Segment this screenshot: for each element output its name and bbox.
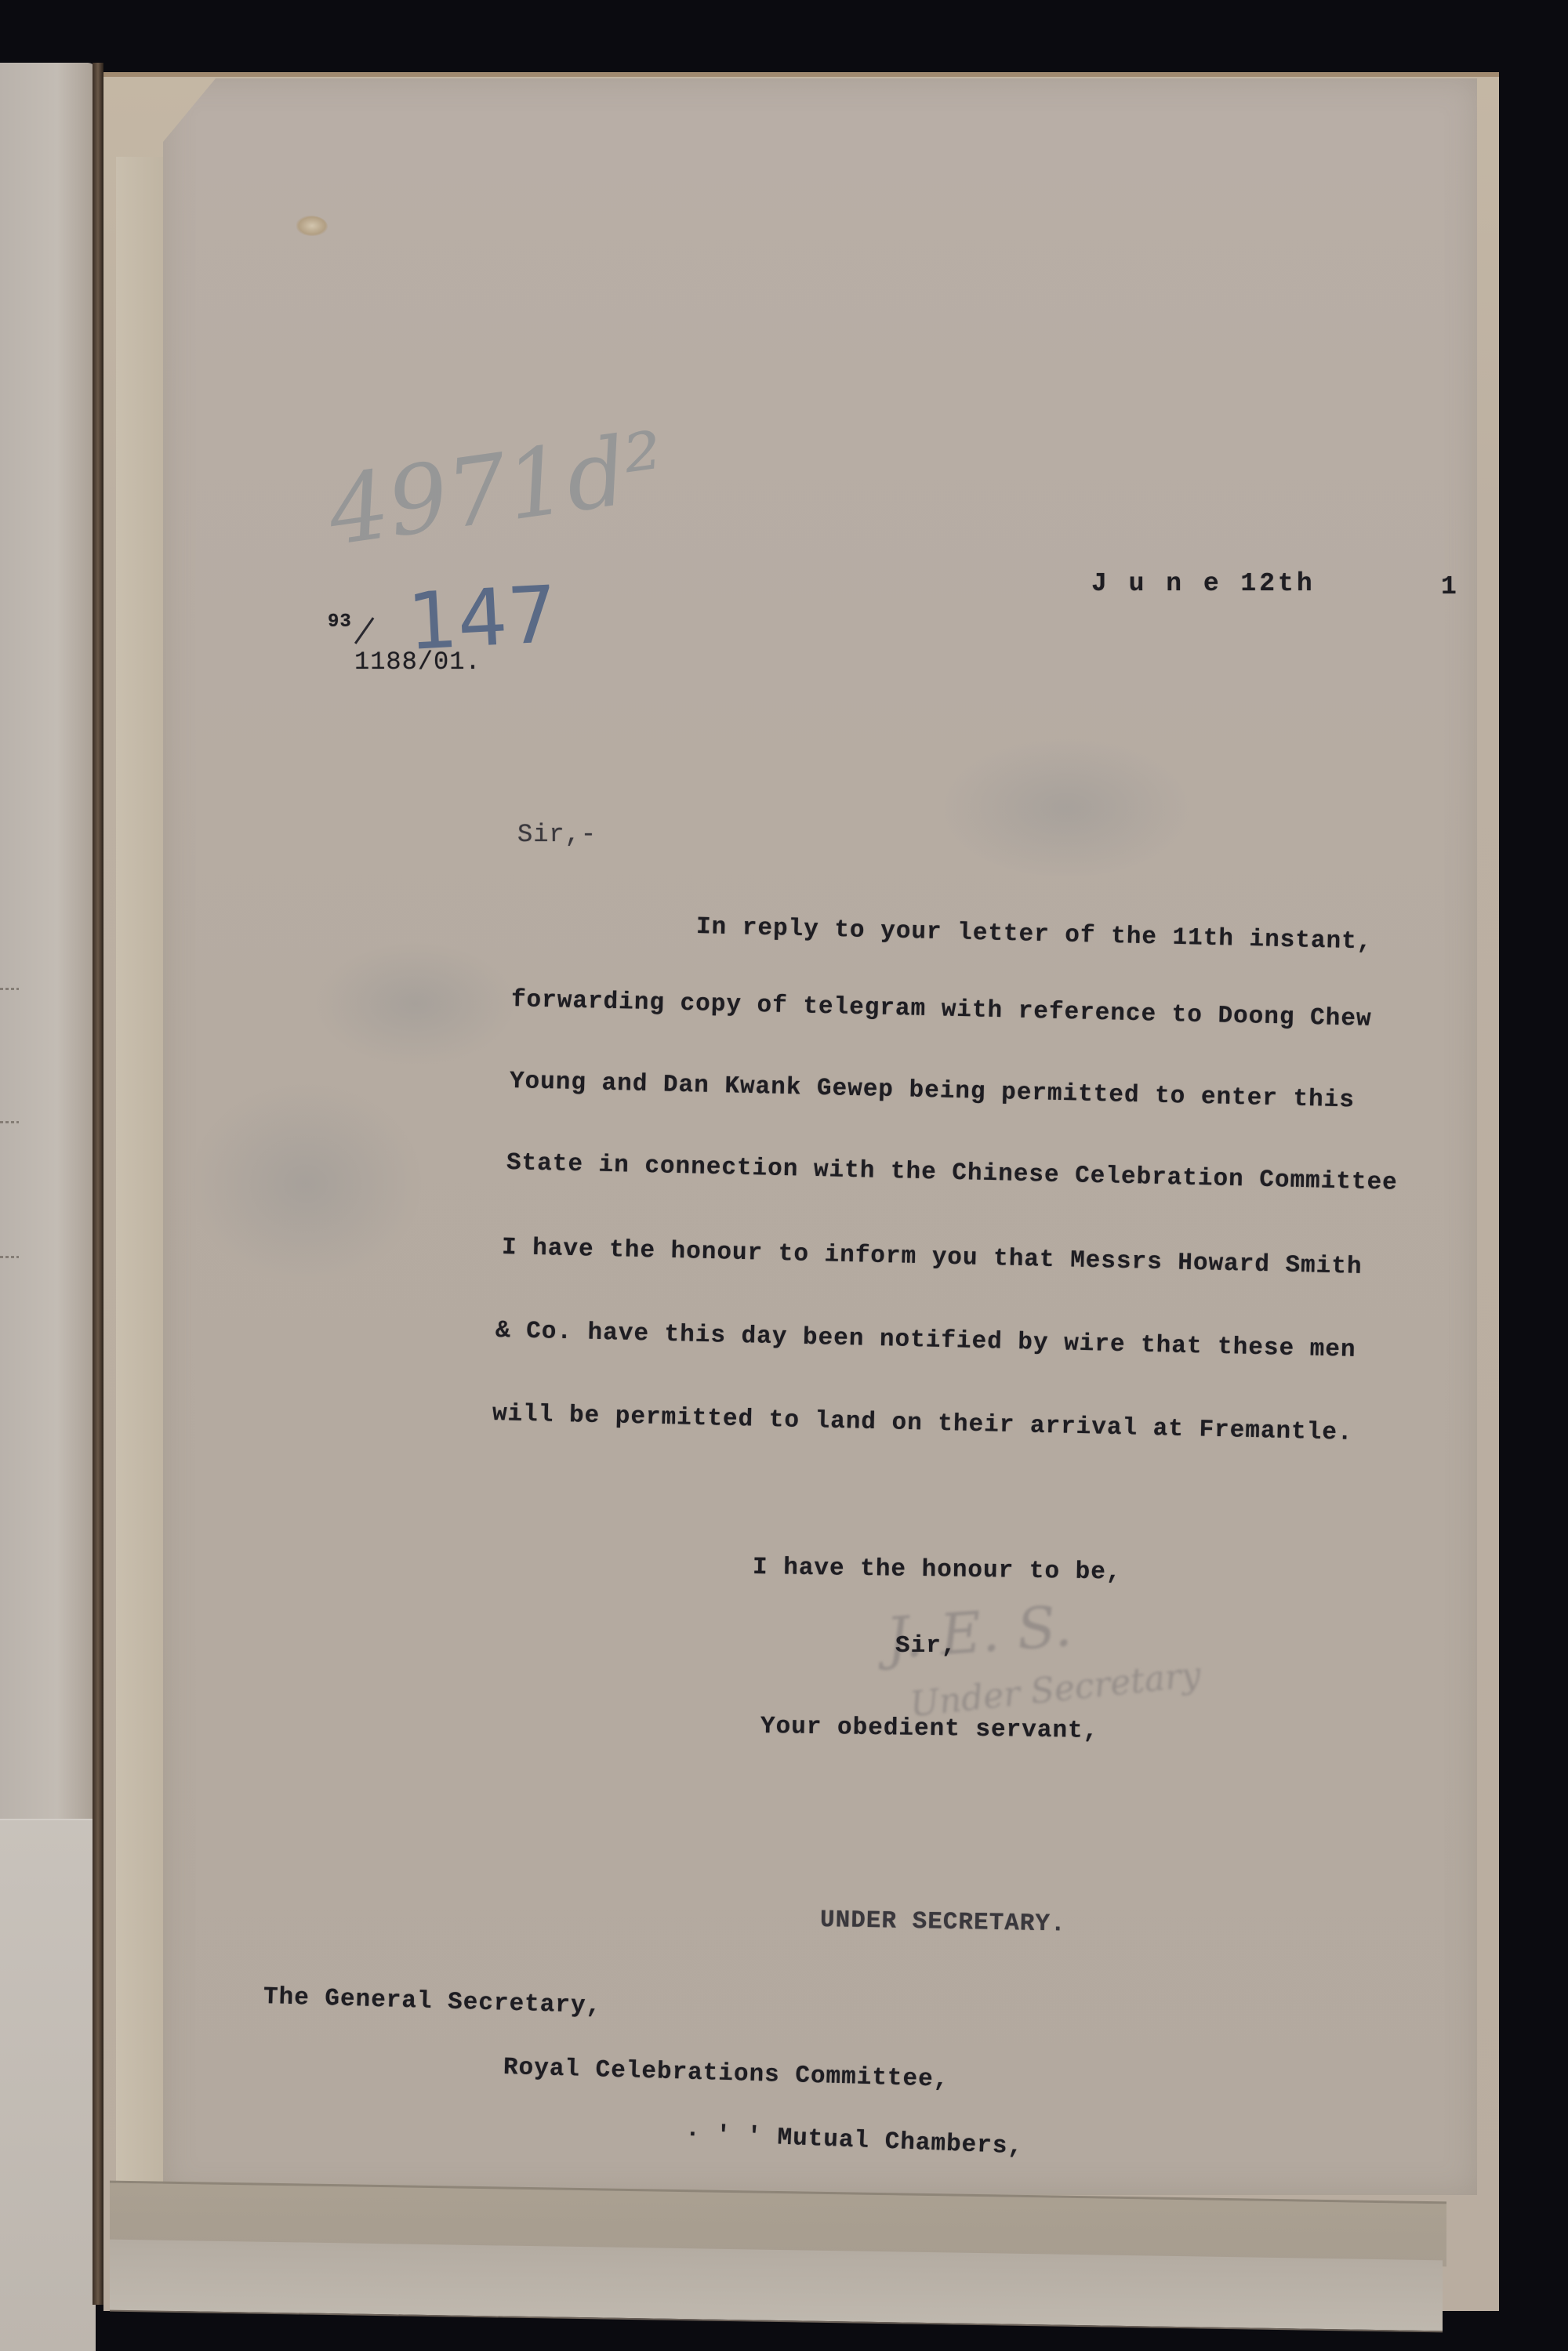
closing-line: I have the honour to be, — [753, 1554, 1122, 1587]
folder-binding-strip — [116, 157, 166, 2234]
document-photo: 4971d² 93 1188/01. 147 J u n e 12th 1 Si… — [0, 0, 1568, 2351]
ink-bleed-through — [941, 737, 1192, 878]
paper-tear — [296, 216, 328, 236]
salutation: Sir,- — [517, 820, 597, 849]
signatory-title: UNDER SECRETARY. — [820, 1907, 1066, 1938]
handwritten-folio-number: 147 — [405, 568, 560, 668]
book-spine — [93, 63, 103, 2305]
closing-line: Your obedient servant, — [760, 1713, 1099, 1745]
ruled-mark — [0, 1121, 19, 1123]
ink-bleed-through — [188, 1082, 423, 1286]
closing-sir: Sir, — [895, 1632, 956, 1660]
ruled-mark — [0, 988, 19, 990]
adjacent-page-left — [0, 63, 96, 2336]
page-fold — [0, 1819, 96, 2351]
letter-date: J u n e 12th — [1091, 569, 1316, 598]
ink-bleed-through — [314, 941, 517, 1066]
reference-numerator: 93 — [328, 611, 352, 633]
date-year-fragment: 1 — [1441, 572, 1457, 601]
ruled-mark — [0, 1256, 19, 1258]
